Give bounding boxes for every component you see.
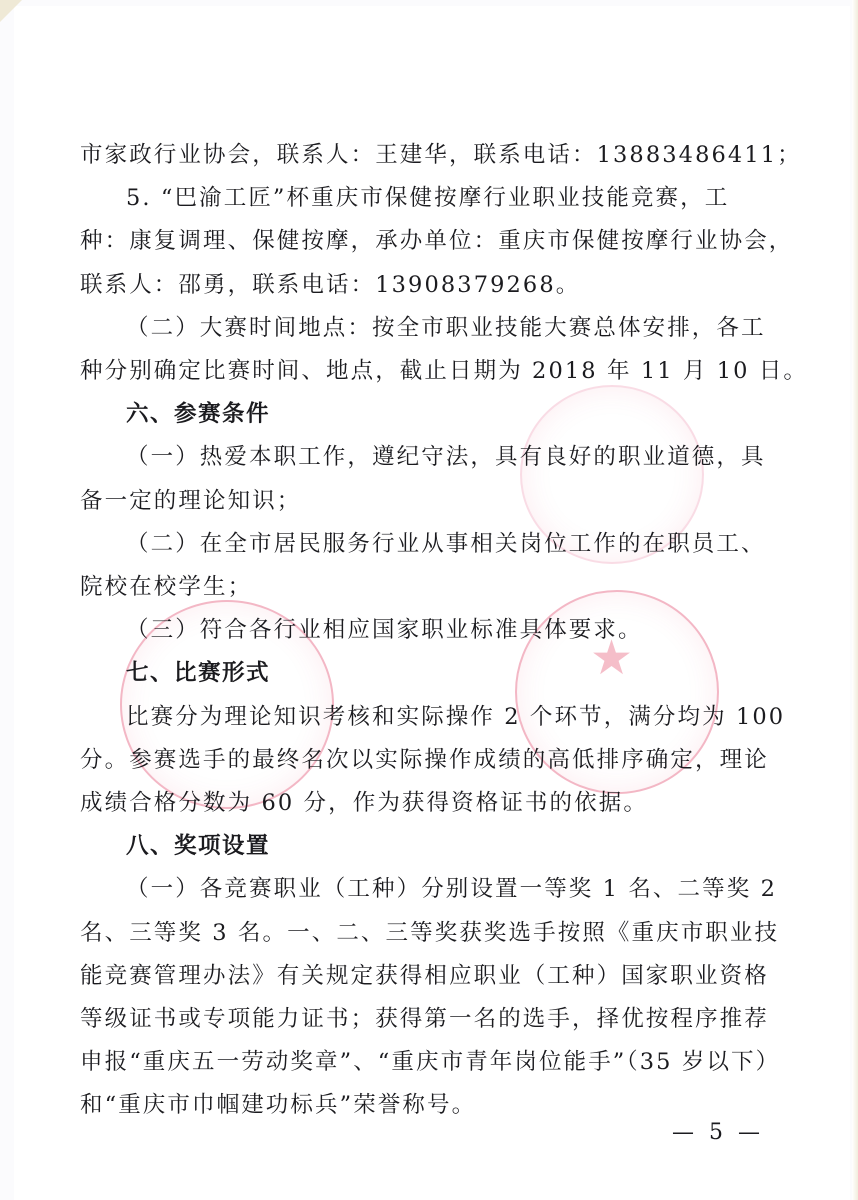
paragraph-line: （三）符合各行业相应国家职业标准具体要求。	[126, 615, 643, 645]
paragraph-line: 院校在校学生；	[80, 572, 252, 602]
paragraph-line: 名、三等奖 3 名。一、二、三等奖获奖选手按照《重庆市职业技	[80, 918, 779, 948]
paragraph-line: （二）在全市居民服务行业从事相关岗位工作的在职员工、	[126, 529, 766, 559]
section-heading: 七、比赛形式	[126, 658, 270, 688]
paragraph-line: （一）各竞赛职业（工种）分别设置一等奖 1 名、二等奖 2	[126, 874, 777, 904]
paragraph-line: 和“重庆市巾帼建功标兵”荣誉称号。	[80, 1090, 476, 1120]
paragraph-line: 联系人：邵勇，联系电话：13908379268。	[80, 270, 580, 300]
paragraph-line: （一）热爱本职工作，遵纪守法，具有良好的职业道德，具	[126, 442, 766, 472]
paragraph-line: 市家政行业协会，联系人：王建华，联系电话：13883486411；	[80, 140, 802, 170]
page-number: — 5 —	[672, 1120, 764, 1145]
paragraph-line: （二）大赛时间地点：按全市职业技能大赛总体安排，各工	[126, 313, 766, 343]
section-heading: 六、参赛条件	[126, 399, 270, 429]
paragraph-line: 申报“重庆五一劳动奖章”、“重庆市青年岗位能手”（35 岁以下）	[80, 1047, 780, 1077]
paragraph-line: 5. “巴渝工匠”杯重庆市保健按摩行业职业技能竞赛，工	[126, 183, 729, 213]
paragraph-line: 种：康复调理、保健按摩，承办单位：重庆市保健按摩行业协会，	[80, 226, 793, 256]
paragraph-line: 种分别确定比赛时间、地点，截止日期为 2018 年 11 月 10 日。	[80, 356, 808, 386]
section-heading: 八、奖项设置	[126, 831, 270, 861]
paragraph-line: 能竞赛管理办法》有关规定获得相应职业（工种）国家职业资格	[80, 961, 769, 991]
paragraph-line: 等级证书或专项能力证书；获得第一名的选手，择优按程序推荐	[80, 1004, 769, 1034]
scan-edge-shadow	[852, 0, 858, 1200]
paragraph-line: 比赛分为理论知识考核和实际操作 2 个环节，满分均为 100	[126, 702, 785, 732]
paragraph-line: 备一定的理论知识；	[80, 486, 301, 516]
paragraph-line: 分。参赛选手的最终名次以实际操作成绩的高低排序确定，理论	[80, 745, 769, 775]
paragraph-line: 成绩合格分数为 60 分，作为获得资格证书的依据。	[80, 788, 648, 818]
